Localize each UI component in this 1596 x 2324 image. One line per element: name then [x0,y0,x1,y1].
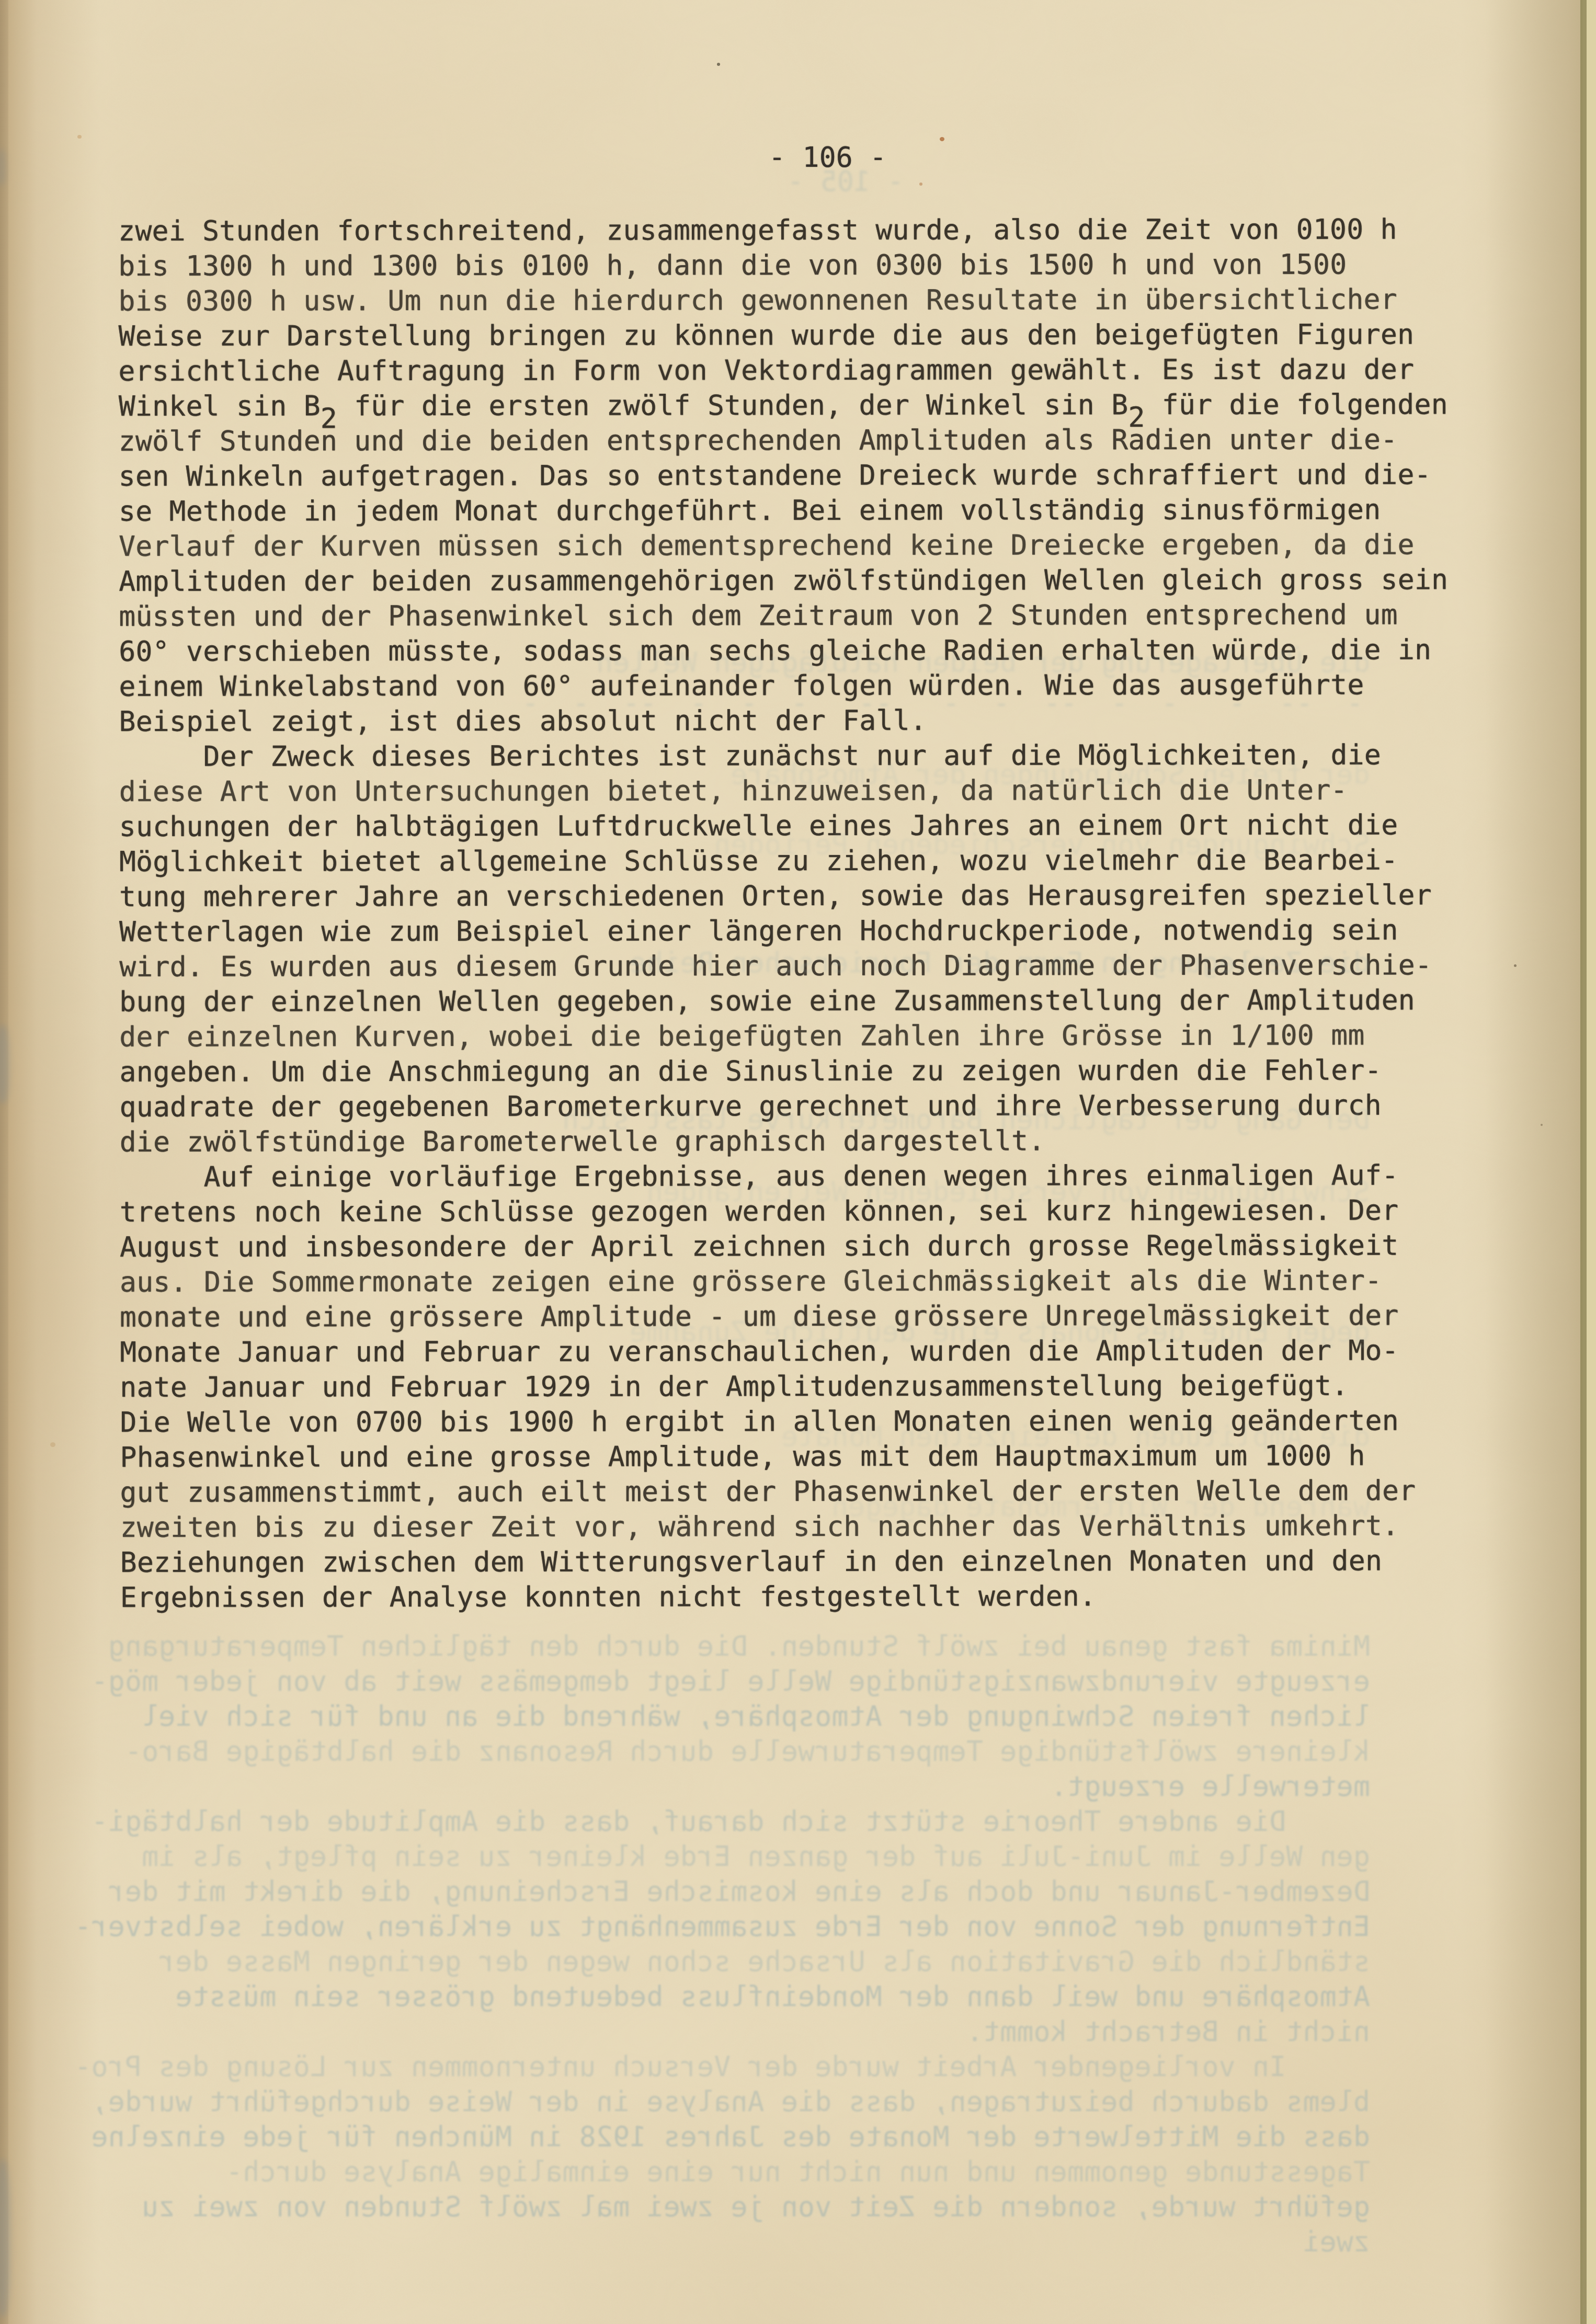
text-line: suchungen der halbtägigen Luftdruckwelle… [119,807,1500,845]
text-line: zwei Stunden fortschreitend, zusammengef… [118,212,1499,249]
ink-speck [1514,964,1517,967]
text-line: Auf einige vorläufige Ergebnisse, aus de… [120,1158,1500,1195]
text-line: tretens noch keine Schlüsse gezogen werd… [120,1193,1500,1230]
bleedthrough-line: In vorliegender Arbeit wurde der Versuch… [94,2049,1370,2084]
text-line: 60° verschieben müsste, sodass man sechs… [119,632,1499,669]
scanned-page: - 106 - - 105 - zwei Stunden fortschreit… [0,0,1596,2324]
text-line: Beispiel zeigt, ist dies absolut nicht d… [119,702,1499,739]
text-line: bis 0300 h usw. Um nun die hierdurch gew… [118,282,1499,319]
next-page-edge [1587,0,1596,2324]
bleedthrough-line: Die andere Theorie stützt sich darauf, d… [94,1804,1370,1839]
pencil-smudge [0,1025,9,1103]
bleedthrough-line: Entfernung der Sonne von der Erde zusamm… [94,1909,1370,1944]
text-line: zweiten bis zu dieser Zeit vor, während … [120,1508,1501,1545]
text-line: einem Winkelabstand von 60° aufeinander … [119,667,1499,704]
text-line: bis 1300 h und 1300 bis 0100 h, dann die… [118,247,1499,284]
bleedthrough-line: geführt wurde, sondern die Zeit von je z… [94,2190,1370,2225]
text-line: bung der einzelnen Wellen gegeben, sowie… [119,983,1500,1020]
text-line: gut zusammenstimmt, auch eilt meist der … [120,1473,1500,1510]
text-line: Beziehungen zwischen dem Witterungsverla… [120,1543,1501,1580]
text-line: müssten und der Phasenwinkel sich dem Ze… [119,597,1499,634]
paper-fleck [229,529,232,532]
text-line: Möglichkeit bietet allgemeine Schlüsse z… [119,842,1500,880]
text-line: Verlauf der Kurven müssen sich dementspr… [119,527,1499,564]
text-line: Der Zweck dieses Berichtes ist zunächst … [119,737,1500,774]
bleedthrough-line: zwei [94,2225,1370,2260]
ink-speck [1541,1124,1543,1126]
bleedthrough-line: Dezember-Januar und doch als eine kosmis… [94,1874,1370,1909]
text-line: nate Januar und Februar 1929 in der Ampl… [120,1368,1500,1405]
bleedthrough-line: ständlich die Gravitation als Ursache sc… [94,1944,1370,1979]
bleedthrough-line: meterwelle erzeugt. [94,1769,1370,1804]
ink-speck [717,63,720,66]
rust-speck [940,137,944,141]
text-line: die zwölfstündige Barometerwelle graphis… [120,1123,1500,1160]
text-line: Amplituden der beiden zusammengehörigen … [119,562,1499,599]
bleedthrough-line: gen Welle im Juni-Juli auf der ganzen Er… [94,1839,1370,1874]
bleedthrough-line: blems dadurch beizutragen, dass die Anal… [94,2084,1370,2120]
text-line: zwölf Stunden und die beiden entsprechen… [119,422,1499,459]
bleedthrough-line: Tagesstunde genommen und nun nicht nur e… [94,2155,1370,2190]
text-line: Die Welle von 0700 bis 1900 h ergibt in … [120,1403,1500,1440]
rust-speck [919,183,922,186]
binding-edge-shadow [0,0,8,2324]
page-number-bleedthrough: - 105 - [787,166,904,198]
bleedthrough-line: erzeugte vierundzwanzigstündige Welle li… [94,1664,1370,1699]
text-line: Monate Januar und Februar zu veranschaul… [120,1333,1500,1370]
pencil-smudge [0,149,6,186]
text-line: Ergebnissen der Analyse konnten nicht fe… [120,1578,1501,1615]
text-line: ersichtliche Auftragung in Form von Vekt… [119,352,1499,389]
text-line: August und insbesondere der April zeichn… [120,1228,1500,1265]
text-line: der einzelnen Kurven, wobei die beigefüg… [119,1018,1500,1055]
bleedthrough-line: lichen freien Schwingung der Atmosphäre,… [94,1699,1370,1734]
text-line: Winkel sin B2 für die ersten zwölf Stund… [119,387,1499,424]
text-line: wird. Es wurden aus diesem Grunde hier a… [119,948,1500,985]
text-line: angeben. Um die Anschmiegung an die Sinu… [119,1053,1500,1090]
text-line: aus. Die Sommermonate zeigen eine grösse… [120,1263,1500,1300]
pencil-smudge [0,2160,10,2317]
text-line: Weise zur Darstellung bringen zu können … [118,317,1499,354]
bleedthrough-line: Minima fast genau bei zwölf Stunden. Die… [94,1629,1370,1664]
bleedthrough-line: nicht in Betracht kommt. [94,2014,1370,2049]
paper-fleck [50,1442,55,1447]
bleedthrough-line: Atmosphäre und weil dann der Mondeinflus… [94,1979,1370,2014]
bleedthrough-text-block: Minima fast genau bei zwölf Stunden. Die… [94,1629,1370,2260]
text-line: Wetterlagen wie zum Beispiel einer länge… [119,913,1500,950]
bleedthrough-line: dass die Mittelwerte der Monate des Jahr… [94,2120,1370,2155]
text-line: quadrate der gegebenen Barometerkurve ge… [119,1088,1500,1125]
text-line: diese Art von Untersuchungen bietet, hin… [119,772,1500,810]
bleedthrough-line: kleinere zwölfstündige Temperaturwelle d… [94,1734,1370,1769]
text-line: sen Winkeln aufgetragen. Das so entstand… [119,457,1499,494]
text-line: se Methode in jedem Monat durchgeführt. … [119,492,1499,529]
typewritten-text-block: zwei Stunden fortschreitend, zusammengef… [118,212,1501,1615]
page-edge-line [1580,0,1587,2324]
text-line: tung mehrerer Jahre an verschiedenen Ort… [119,878,1500,915]
paper-fleck [77,135,82,139]
text-line: Phasenwinkel und eine grosse Amplitude, … [120,1438,1500,1475]
text-line: monate und eine grössere Amplitude - um … [120,1298,1500,1335]
